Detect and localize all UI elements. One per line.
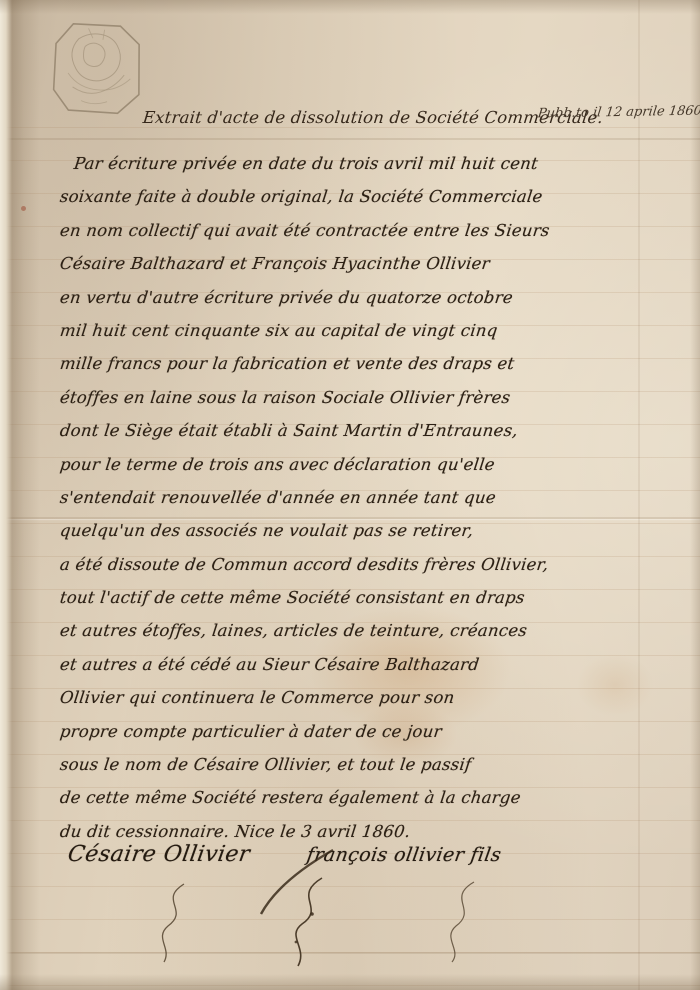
manuscript-line: quelqu'un des associés ne voulait pas se… xyxy=(58,514,577,547)
manuscript-line: a été dissoute de Commun accord desdits … xyxy=(58,548,577,581)
manuscript-line: s'entendait renouvellée d'année en année… xyxy=(58,481,577,514)
fold-crease xyxy=(638,0,640,990)
publication-margin-note: Pubb.to il 12 aprile 1860 xyxy=(537,104,699,122)
manuscript-line: pour le terme de trois ans avec déclarat… xyxy=(58,448,577,481)
document-title: Extrait d'acte de dissolution de Société… xyxy=(142,108,554,127)
paraph-squiggle xyxy=(282,876,334,968)
manuscript-line: soixante faite à double original, la Soc… xyxy=(58,180,577,213)
manuscript-line: étoffes en laine sous la raison Sociale … xyxy=(58,381,577,414)
signature-row: Césaire Ollivier françois ollivier fils xyxy=(68,842,628,867)
page-edge xyxy=(690,0,700,990)
manuscript-line: Par écriture privée en date du trois avr… xyxy=(58,147,577,180)
manuscript-line: Césaire Balthazard et François Hyacinthe… xyxy=(58,247,577,280)
octagonal-official-stamp-icon xyxy=(48,18,147,121)
page-edge xyxy=(0,0,40,990)
fold-crease xyxy=(0,952,700,954)
manuscript-line: propre compte particulier à dater de ce … xyxy=(58,715,577,748)
manuscript-line: en vertu d'autre écriture privée du quat… xyxy=(58,281,577,314)
scanned-document-page: Extrait d'acte de dissolution de Société… xyxy=(0,0,700,990)
paraph-squiggle xyxy=(438,880,484,964)
fold-crease xyxy=(0,138,700,140)
paraph-squiggle xyxy=(150,882,196,964)
manuscript-line: tout l'actif de cette même Société consi… xyxy=(58,581,577,614)
manuscript-line: dont le Siège était établi à Saint Marti… xyxy=(58,414,577,447)
page-edge xyxy=(0,0,700,14)
manuscript-line: mille francs pour la fabrication et vent… xyxy=(58,347,577,380)
manuscript-body: Par écriture privée en date du trois avr… xyxy=(60,147,575,848)
manuscript-line: Ollivier qui continuera le Commerce pour… xyxy=(58,681,577,714)
manuscript-line: et autres étoffes, laines, articles de t… xyxy=(58,614,577,647)
page-edge xyxy=(0,974,700,990)
manuscript-line: et autres a été cédé au Sieur Césaire Ba… xyxy=(58,648,577,681)
manuscript-line: mil huit cent cinquante six au capital d… xyxy=(58,314,577,347)
manuscript-line: sous le nom de Césaire Ollivier, et tout… xyxy=(58,748,577,781)
manuscript-line: en nom collectif qui avait été contracté… xyxy=(58,214,577,247)
manuscript-line: de cette même Société restera également … xyxy=(58,781,577,814)
signature-cesaire-ollivier: Césaire Ollivier xyxy=(66,842,252,867)
signature-francois-ollivier-fils: françois ollivier fils xyxy=(305,844,503,866)
